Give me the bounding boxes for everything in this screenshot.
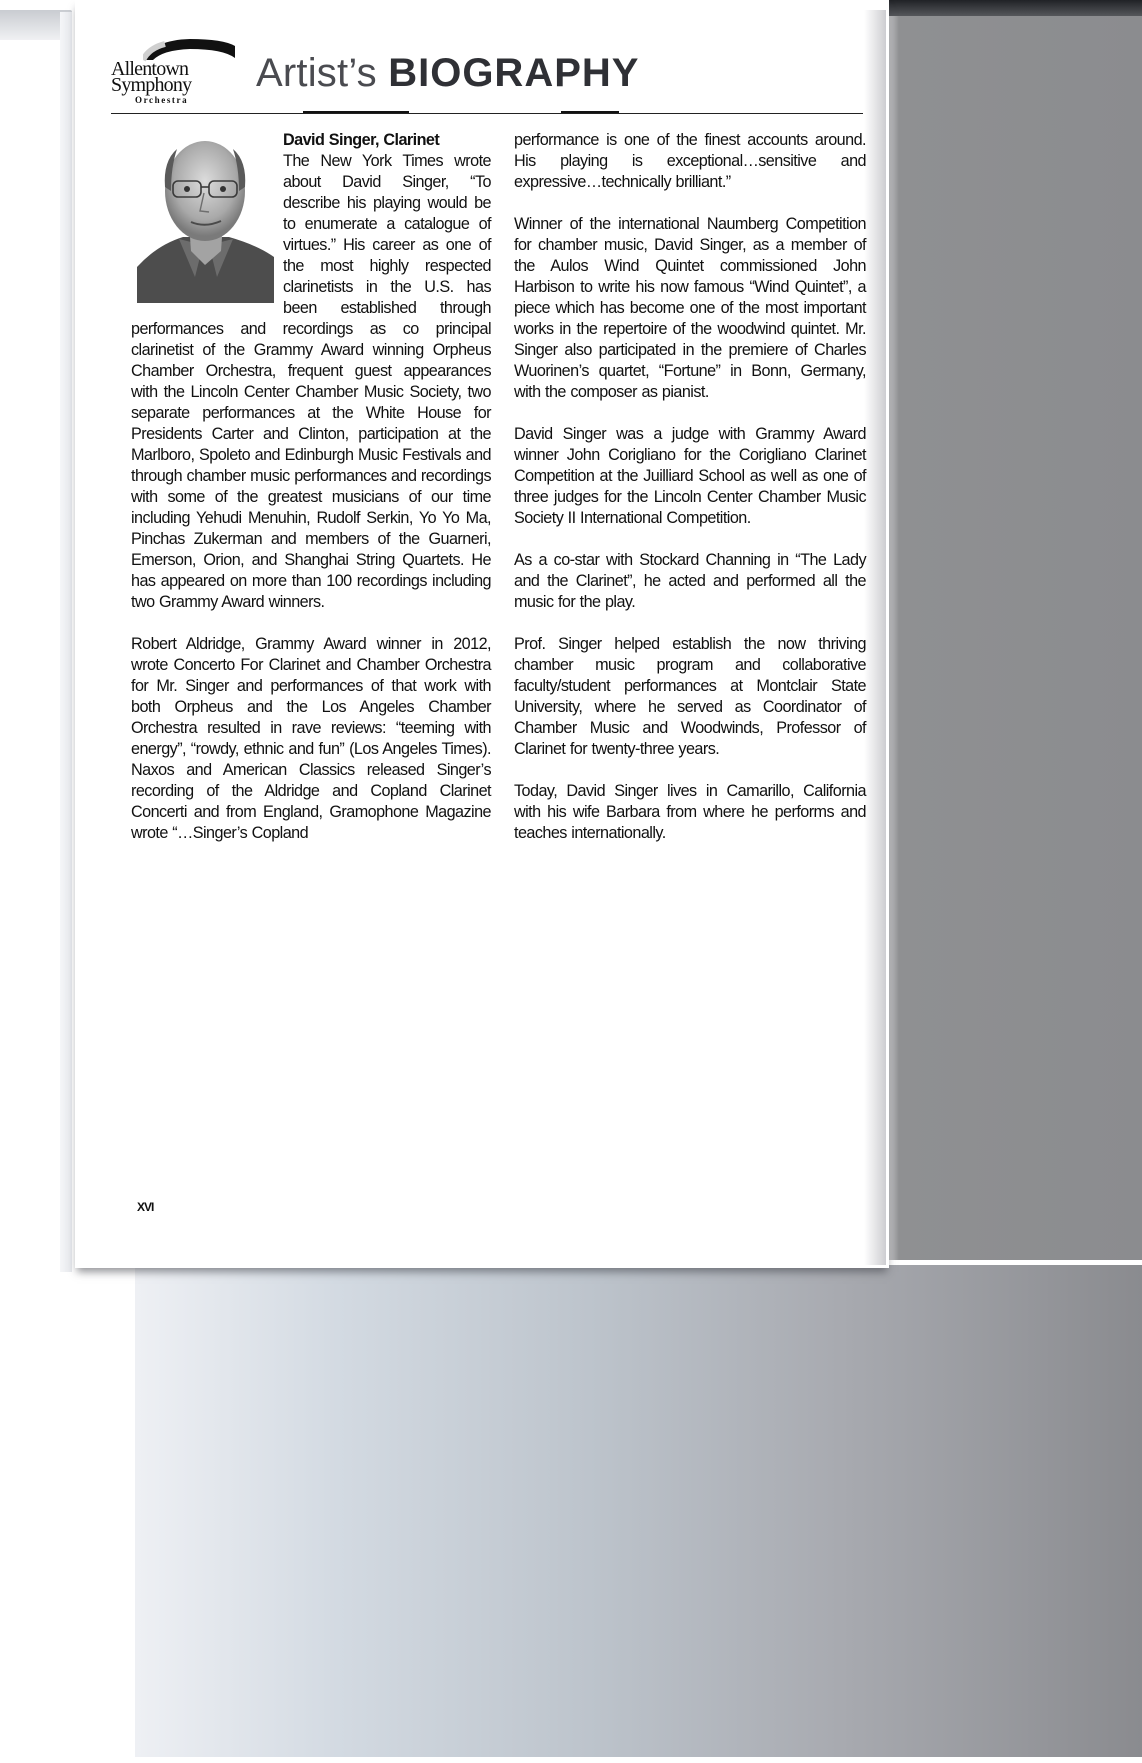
- bio-paragraph-costar: As a co-star with Stockard Channing in “…: [514, 550, 866, 613]
- bio-paragraph-gramophone-quote: performance is one of the finest account…: [514, 130, 866, 193]
- header-divider-accent: [303, 111, 409, 113]
- header-divider-accent: [561, 111, 619, 113]
- logo-text-symphony: Symphony: [111, 76, 191, 94]
- bio-right-column: performance is one of the finest account…: [514, 130, 866, 865]
- scanner-lid-right: [885, 0, 1142, 1260]
- bio-paragraph-judge: David Singer was a judge with Grammy Awa…: [514, 424, 866, 529]
- header-divider: [111, 113, 863, 114]
- scanner-bed-bottom: [135, 1265, 1142, 1757]
- page-title-prefix: Artist’s: [256, 51, 388, 95]
- bio-paragraph-naumberg: Winner of the international Naumberg Com…: [514, 214, 866, 403]
- portrait-image-icon: [137, 127, 274, 303]
- page-edge-shadow: [864, 10, 886, 1265]
- page-title-main: BIOGRAPHY: [388, 51, 639, 95]
- scanner-edge-left: [60, 12, 72, 1272]
- scanner-lid-top-edge: [885, 0, 1142, 16]
- orchestra-logo: Allentown Symphony Orchestra: [111, 32, 261, 104]
- page-number: XVI: [137, 1200, 153, 1214]
- logo-text-orchestra: Orchestra: [135, 95, 188, 105]
- bio-paragraph-today: Today, David Singer lives in Camarillo, …: [514, 781, 866, 844]
- page-title: Artist’s BIOGRAPHY: [256, 50, 639, 96]
- bio-paragraph-montclair: Prof. Singer helped establish the now th…: [514, 634, 866, 760]
- bio-paragraph-aldridge: Robert Aldridge, Grammy Award winner in …: [131, 634, 491, 844]
- artist-portrait-photo: [137, 127, 274, 303]
